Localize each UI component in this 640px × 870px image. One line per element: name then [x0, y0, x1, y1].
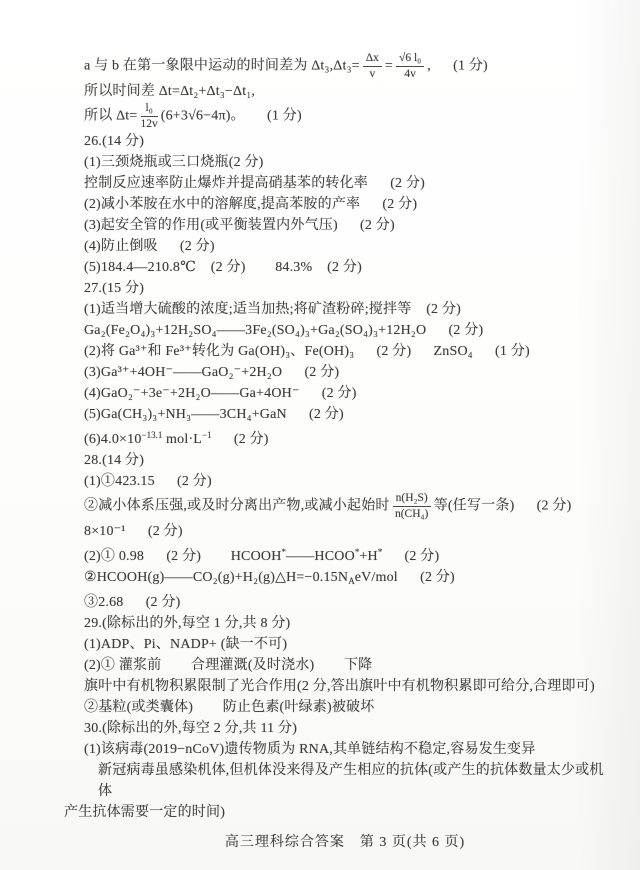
answer-text-block: a 与 b 在第一象限中运动的时间差为 Δt₃,Δt₃=Δxv=√6 l₀4v,… [0, 0, 640, 851]
text-line: 所以时间差 Δt=Δt₂+Δt₃−Δt₁, [84, 81, 606, 102]
text-run: +H [359, 549, 377, 564]
fraction: l₀12v [141, 102, 158, 131]
text-line: ③2.68 (2 分) [84, 592, 606, 613]
text-line: (2)① 灌浆前 合理灌溉(及时浇水) 下降 [84, 655, 606, 676]
text-run: (2)① 0.98 (2 分) HCOOH [84, 549, 282, 564]
text-run: (4)GaO₂⁻+3e⁻+2H₂O——Ga+4OH⁻ (2 分) [84, 386, 357, 401]
fraction-denominator: 12v [141, 117, 158, 131]
text-run: 28.(14 分) [84, 453, 144, 468]
text-line: 新冠病毒虽感染机体,但机体没来得及产生相应的抗体(或产生的抗体数量太少或机体 [84, 760, 606, 802]
fraction-denominator: v [363, 67, 382, 81]
fraction: √6 l₀4v [396, 52, 424, 81]
fraction: n(H₂S)n(CH₄) [393, 492, 431, 521]
text-run: (2 分) [212, 432, 269, 447]
text-run: 旗叶中有机物积累限制了光合作用(2 分,答出旗叶中有机物积累即可给分,合理即可) [84, 679, 595, 694]
text-run: 30.(除标出的外,每空 2 分,共 11 分) [84, 721, 297, 736]
fraction-numerator: Δx [363, 52, 382, 67]
text-run: (5)184.4—210.8℃ (2 分) 84.3% (2 分) [84, 260, 362, 275]
text-line: (1)①423.15 (2 分) [84, 471, 606, 492]
text-line: (1)ADP、Pi、NADP+ (缺一不可) [84, 634, 606, 655]
text-line: (1)适当增大硫酸的浓度;适当加热;将矿渣粉碎;搅拌等 (2 分) [84, 299, 606, 320]
text-line: (1)该病毒(2019−nCoV)遗传物质为 RNA,其单链结构不稳定,容易发生… [84, 739, 606, 760]
text-line: (3)Ga³⁺+4OH⁻——GaO₂⁻+2H₂O (2 分) [84, 362, 606, 383]
text-run: 26.(14 分) [84, 134, 144, 149]
text-line: Ga₂(Fe₂O₄)₃+12H₂SO₄——3Fe₂(SO₄)₃+Ga₂(SO₄)… [84, 320, 606, 341]
text-run: (2 分) [382, 549, 439, 564]
text-run: (2)减小苯胺在水中的溶解度,提高苯胺的产率 (2 分) [84, 197, 417, 212]
text-line: ②基粒(或类囊体) 防止色素(叶绿素)被破坏 [84, 697, 606, 718]
text-line: 8×10⁻¹ (2 分) [84, 521, 606, 542]
fraction-denominator: 4v [396, 67, 424, 81]
fraction: Δxv [363, 52, 382, 81]
fraction-numerator: √6 l₀ [396, 52, 424, 67]
superscript: −13.1 [142, 430, 163, 440]
text-run: (2)将 Ga³⁺和 Fe³⁺转化为 Ga(OH)₃、Fe(OH)₃ (2 分)… [84, 344, 530, 359]
text-run: (3)起安全管的作用(或平衡装置内外气压) (2 分) [84, 218, 395, 233]
text-run: a 与 b 在第一象限中运动的时间差为 Δt₃,Δt₃= [84, 59, 360, 74]
text-run: ②HCOOH(g)——CO₂(g)+H₂(g)△H=−0.15N [84, 570, 348, 585]
text-run: ——HCOO [286, 549, 355, 564]
text-line: (6)4.0×10−13.1 mol·L−1 (2 分) [84, 425, 606, 450]
text-line: 所以 Δt=l₀12v(6+3√6−4π)。 (1 分) [84, 102, 606, 131]
text-line: (2)① 0.98 (2 分) HCOOH*——HCOO*+H* (2 分) [84, 542, 606, 567]
fraction-numerator: l₀ [141, 102, 158, 117]
text-line: 28.(14 分) [84, 450, 606, 471]
text-run: Ga₂(Fe₂O₄)₃+12H₂SO₄——3Fe₂(SO₄)₃+Ga₂(SO₄)… [84, 323, 483, 338]
text-run: (1)该病毒(2019−nCoV)遗传物质为 RNA,其单链结构不稳定,容易发生… [84, 742, 535, 757]
scanned-answer-page: a 与 b 在第一象限中运动的时间差为 Δt₃,Δt₃=Δxv=√6 l₀4v,… [0, 0, 640, 870]
text-run: 控制反应速率防止爆炸并提高硝基苯的转化率 (2 分) [84, 176, 425, 191]
text-run: (1)适当增大硫酸的浓度;适当加热;将矿渣粉碎;搅拌等 (2 分) [84, 302, 461, 317]
text-run: (1)ADP、Pi、NADP+ (缺一不可) [84, 637, 287, 652]
text-run: 8×10⁻¹ (2 分) [84, 524, 183, 539]
text-run: ②减小体系压强,或及时分离出产物,或减小起始时 [84, 499, 390, 514]
page-lines: a 与 b 在第一象限中运动的时间差为 Δt₃,Δt₃=Δxv=√6 l₀4v,… [84, 52, 606, 823]
superscript: −1 [202, 430, 212, 440]
text-run: (6)4.0×10 [84, 432, 142, 447]
text-run: 产生抗体需要一定的时间) [64, 805, 225, 820]
text-line: ②减小体系压强,或及时分离出产物,或减小起始时n(H₂S)n(CH₄)等(任写一… [84, 492, 606, 521]
text-line: 29.(除标出的外,每空 1 分,共 8 分) [84, 613, 606, 634]
text-run: 新冠病毒虽感染机体,但机体没来得及产生相应的抗体(或产生的抗体数量太少或机体 [98, 763, 604, 799]
text-run: ②基粒(或类囊体) 防止色素(叶绿素)被破坏 [84, 700, 374, 715]
text-run: = [385, 59, 393, 74]
text-line: (5)184.4—210.8℃ (2 分) 84.3% (2 分) [84, 257, 606, 278]
fraction-denominator: n(CH₄) [393, 507, 431, 521]
fraction-numerator: n(H₂S) [393, 492, 431, 507]
text-run: , (1 分) [427, 59, 488, 74]
text-run: 所以 Δt= [84, 109, 138, 124]
text-run: (1)三颈烧瓶或三口烧瓶(2 分) [84, 155, 264, 170]
text-run: 27.(15 分) [84, 281, 144, 296]
text-line: (2)将 Ga³⁺和 Fe³⁺转化为 Ga(OH)₃、Fe(OH)₃ (2 分)… [84, 341, 606, 362]
text-line: 控制反应速率防止爆炸并提高硝基苯的转化率 (2 分) [84, 173, 606, 194]
text-run: 29.(除标出的外,每空 1 分,共 8 分) [84, 616, 290, 631]
text-run: mol·L [162, 432, 202, 447]
text-run: (5)Ga(CH₃)₃+NH₃——3CH₄+GaN (2 分) [84, 407, 344, 422]
text-run: 所以时间差 Δt=Δt₂+Δt₃−Δt₁, [84, 84, 255, 99]
text-run: 等(任写一条) (2 分) [434, 499, 572, 514]
text-run: (3)Ga³⁺+4OH⁻——GaO₂⁻+2H₂O (2 分) [84, 365, 339, 380]
page-footer: 高三理科综合答案 第 3 页(共 6 页) [84, 831, 606, 851]
text-line: 旗叶中有机物积累限制了光合作用(2 分,答出旗叶中有机物积累即可给分,合理即可) [84, 676, 606, 697]
text-line: 27.(15 分) [84, 278, 606, 299]
text-line: 产生抗体需要一定的时间) [64, 802, 606, 823]
text-run: (4)防止倒吸 (2 分) [84, 239, 215, 254]
text-run: (2)① 灌浆前 合理灌溉(及时浇水) 下降 [84, 658, 372, 673]
text-line: (4)防止倒吸 (2 分) [84, 236, 606, 257]
text-line: ②HCOOH(g)——CO₂(g)+H₂(g)△H=−0.15NAeV/mol … [84, 567, 606, 592]
text-line: (1)三颈烧瓶或三口烧瓶(2 分) [84, 152, 606, 173]
text-run: eV/mol (2 分) [355, 570, 455, 585]
text-line: (4)GaO₂⁻+3e⁻+2H₂O——Ga+4OH⁻ (2 分) [84, 383, 606, 404]
text-line: a 与 b 在第一象限中运动的时间差为 Δt₃,Δt₃=Δxv=√6 l₀4v,… [84, 52, 606, 81]
text-line: 26.(14 分) [84, 131, 606, 152]
text-line: 30.(除标出的外,每空 2 分,共 11 分) [84, 718, 606, 739]
text-line: (3)起安全管的作用(或平衡装置内外气压) (2 分) [84, 215, 606, 236]
text-run: (1)①423.15 (2 分) [84, 474, 212, 489]
text-line: (2)减小苯胺在水中的溶解度,提高苯胺的产率 (2 分) [84, 194, 606, 215]
text-line: (5)Ga(CH₃)₃+NH₃——3CH₄+GaN (2 分) [84, 404, 606, 425]
text-run: ③2.68 (2 分) [84, 595, 181, 610]
text-run: (6+3√6−4π)。 (1 分) [161, 109, 302, 124]
